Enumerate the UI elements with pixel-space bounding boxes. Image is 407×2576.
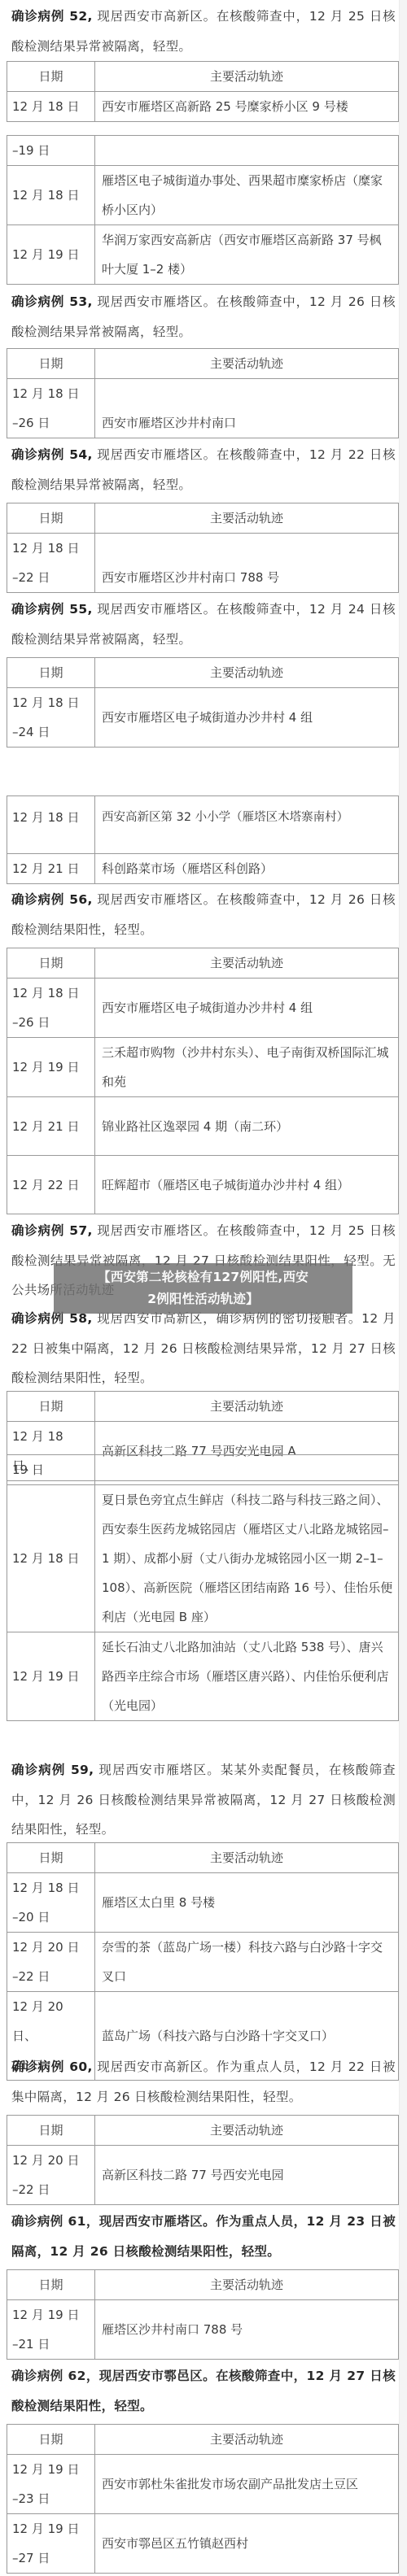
table-row: 12 月 19 日延长石油丈八北路加油站（丈八北路 538 号）、唐兴路西辛庄综… <box>7 1632 399 1721</box>
title-overlay-banner: 【西安第二轮核检有127例阳性,西安 2例阳性活动轨迹】 <box>54 1263 352 1314</box>
activity-header: 主要活动轨迹 <box>95 349 399 379</box>
table-row: 12 月 18 日西安市雁塔区高新路 25 号糜家桥小区 9 号楼 <box>7 92 399 122</box>
page-edge <box>399 0 407 2576</box>
table-row: 12 月 20 日–22 日高新区科技二路 77 号西安光电园 <box>7 2146 399 2205</box>
table-row: 12 月 18 日–24 日西安市雁塔区电子城街道办沙井村 4 组 <box>7 688 399 748</box>
case-52-track-table: 日期主要活动轨迹 12 月 18 日西安市雁塔区高新路 25 号糜家桥小区 9 … <box>7 61 399 122</box>
table-row: 12 月 18 日–20 日雁塔区太白里 8 号楼 <box>7 1873 399 1933</box>
case-62-track-table: 日期主要活动轨迹 12 月 19 日–23 日西安市郭杜朱雀批发市场农副产品批发… <box>7 2424 399 2574</box>
table-row: 12 月 18 日–26 日西安市雁塔区电子城街道办沙井村 4 组 <box>7 979 399 1038</box>
table-row: 12 月 18 日–22 日西安市雁塔区沙井村南口 788 号 <box>7 534 399 593</box>
case-56-description: 确诊病例 56, 现居西安市雁塔区。在核酸筛查中，12 月 26 日核酸检测结果… <box>11 885 396 944</box>
activity-header: 主要活动轨迹 <box>95 2425 399 2455</box>
case-53-description: 确诊病例 53, 现居西安市雁塔区。在核酸筛查中，12 月 26 日核酸检测结果… <box>11 287 396 347</box>
case-56-label: 确诊病例 56, <box>11 892 93 907</box>
case-54-description: 确诊病例 54, 现居西安市雁塔区。在核酸筛查中，12 月 22 日核酸检测结果… <box>11 440 396 499</box>
date-header: 日期 <box>7 948 95 979</box>
case-52-track-table-cont: –19 日 12 月 18 日雁塔区电子城街道办事处、西果超市糜家桥店（糜家桥小… <box>7 135 399 285</box>
table-row: 12 月 20 日–22 日奈雪的茶（蓝岛广场一楼）科技六路与白沙路十字交叉口 <box>7 1933 399 1992</box>
case-52-description: 确诊病例 52, 现居西安市高新区。在核酸筛查中，12 月 25 日核酸检测结果… <box>11 2 396 61</box>
activity-header: 主要活动轨迹 <box>95 2116 399 2146</box>
case-58-description: 确诊病例 58, 现居西安市高新区，确诊病例的密切接触者。12 月 22 日被集… <box>11 1304 396 1393</box>
case-59-track-table: 日期主要活动轨迹 12 月 18 日–20 日雁塔区太白里 8 号楼 12 月 … <box>7 1842 399 2081</box>
date-header: 日期 <box>7 503 95 534</box>
activity-header: 主要活动轨迹 <box>95 658 399 688</box>
case-59-description: 确诊病例 59, 现居西安市雁塔区。某某外卖配餐员，在核酸筛查中，12 月 26… <box>11 1755 396 1845</box>
table-row: 12 月 18 日西安高新区第 32 小小学（雁塔区木塔寨南村） <box>7 796 399 854</box>
table-row: 12 月 19 日三禾超市购物（沙井村东头）、电子南街双桥国际汇城和苑 <box>7 1038 399 1097</box>
case-61-track-table: 日期主要活动轨迹 12 月 19 日–21 日雁塔区沙井村南口 788 号 <box>7 2269 399 2360</box>
date-header: 日期 <box>7 1392 95 1422</box>
table-row: 12 月 18 日雁塔区电子城街道办事处、西果超市糜家桥店（糜家桥小区内） <box>7 166 399 225</box>
case-62-description: 确诊病例 62，现居西安市鄠邑区。在核酸筛查中，12 月 27 日核酸检测结果阳… <box>11 2361 396 2421</box>
date-header: 日期 <box>7 2425 95 2455</box>
table-row: 12 月 21 日锦业路社区逸翠园 4 期（南二环） <box>7 1097 399 1156</box>
case-59-label: 确诊病例 59, <box>11 1763 94 1777</box>
table-row: 12 月 19 日–27 日西安市鄠邑区五竹镇赵西村 <box>7 2514 399 2574</box>
date-header: 日期 <box>7 658 95 688</box>
date-header: 日期 <box>7 2270 95 2300</box>
case-60-description: 确诊病例 60, 现居西安市高新区。作为重点人员，12 月 22 日被集中隔离，… <box>11 2052 396 2112</box>
date-header: 日期 <box>7 62 95 92</box>
date-header: 日期 <box>7 1843 95 1873</box>
overlay-title-line-1: 【西安第二轮核检有127例阳性,西安 <box>54 1266 352 1288</box>
activity-header: 主要活动轨迹 <box>95 1843 399 1873</box>
case-56-track-table: 日期主要活动轨迹 12 月 18 日–26 日西安市雁塔区电子城街道办沙井村 4… <box>7 948 399 1214</box>
case-60-label: 确诊病例 60, <box>11 2059 93 2074</box>
table-row: 12 月 19 日–23 日西安市郭杜朱雀批发市场农副产品批发店土豆区 <box>7 2455 399 2514</box>
date-header: 日期 <box>7 2116 95 2146</box>
table-row: 12 月 21 日科创路菜市场（雁塔区科创路） <box>7 854 399 884</box>
table-row: –19 日 <box>7 136 399 166</box>
case-61-description: 确诊病例 61，现居西安市雁塔区。作为重点人员，12 月 23 日被隔离，12 … <box>11 2207 396 2266</box>
activity-header: 主要活动轨迹 <box>95 1392 399 1422</box>
overlay-title-line-2: 2例阳性活动轨迹】 <box>54 1288 352 1310</box>
table-row: 12 月 19 日华润万家西安高新店（西安市雁塔区高新路 37 号枫叶大厦 1–… <box>7 225 399 285</box>
case-52-label: 确诊病例 52, <box>11 9 93 24</box>
case-53-track-table: 日期主要活动轨迹 12 月 18 日–26 日西安市雁塔区沙井村南口 <box>7 348 399 438</box>
case-55-description: 确诊病例 55, 现居西安市雁塔区。在核酸筛查中，12 月 24 日核酸检测结果… <box>11 595 396 654</box>
table-row: 12 月 22 日旺辉超市（雁塔区电子城街道办沙井村 4 组） <box>7 1156 399 1214</box>
activity-header: 主要活动轨迹 <box>95 2270 399 2300</box>
date-header: 日期 <box>7 349 95 379</box>
activity-header: 主要活动轨迹 <box>95 62 399 92</box>
case-55-track-table-cont: 12 月 18 日西安高新区第 32 小小学（雁塔区木塔寨南村） 12 月 21… <box>7 795 399 884</box>
activity-header: 主要活动轨迹 <box>95 948 399 979</box>
case-60-track-table: 日期主要活动轨迹 12 月 20 日–22 日高新区科技二路 77 号西安光电园 <box>7 2115 399 2205</box>
case-55-track-table: 日期主要活动轨迹 12 月 18 日–24 日西安市雁塔区电子城街道办沙井村 4… <box>7 657 399 748</box>
table-row: 19 日 <box>7 1455 399 1485</box>
activity-header: 主要活动轨迹 <box>95 503 399 534</box>
table-row: 12 月 18 日–26 日西安市雁塔区沙井村南口 <box>7 379 399 438</box>
case-57-label: 确诊病例 57, <box>11 1223 93 1238</box>
case-55-label: 确诊病例 55, <box>11 602 93 617</box>
table-row: 12 月 19 日–21 日雁塔区沙井村南口 788 号 <box>7 2300 399 2360</box>
case-54-track-table: 日期主要活动轨迹 12 月 18 日–22 日西安市雁塔区沙井村南口 788 号 <box>7 503 399 593</box>
case-54-label: 确诊病例 54, <box>11 447 93 462</box>
case-53-label: 确诊病例 53, <box>11 294 93 309</box>
case-58-track-table-cont: 19 日 12 月 18 日夏日景色旁宜点生鲜店（科技二路与科技三路之间）、西安… <box>7 1454 399 1721</box>
table-row: 12 月 18 日夏日景色旁宜点生鲜店（科技二路与科技三路之间）、西安泰生医药龙… <box>7 1485 399 1632</box>
